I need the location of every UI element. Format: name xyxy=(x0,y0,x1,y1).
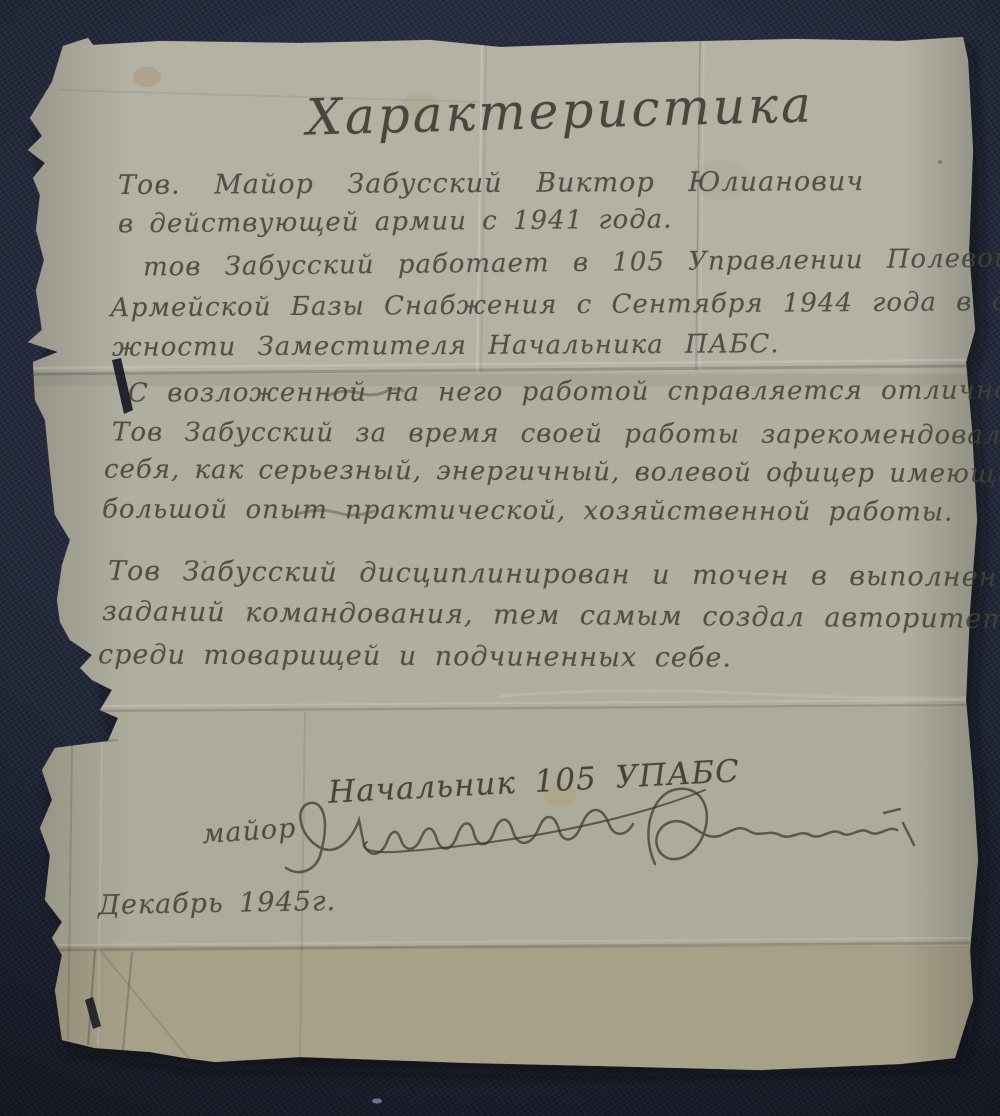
stain xyxy=(133,67,161,87)
speck xyxy=(638,468,642,472)
photo-canvas: Характеристика Тов. Майор Забусский Викт… xyxy=(0,0,1000,1116)
stain xyxy=(402,93,438,117)
fabric-speck xyxy=(372,1099,382,1104)
speck xyxy=(203,560,207,564)
paper-lower-mid-section xyxy=(20,708,985,948)
document-paper xyxy=(0,0,1000,1116)
stain xyxy=(690,160,750,200)
paper-upper-section xyxy=(20,30,985,372)
speck xyxy=(938,160,942,164)
stain xyxy=(544,784,576,806)
